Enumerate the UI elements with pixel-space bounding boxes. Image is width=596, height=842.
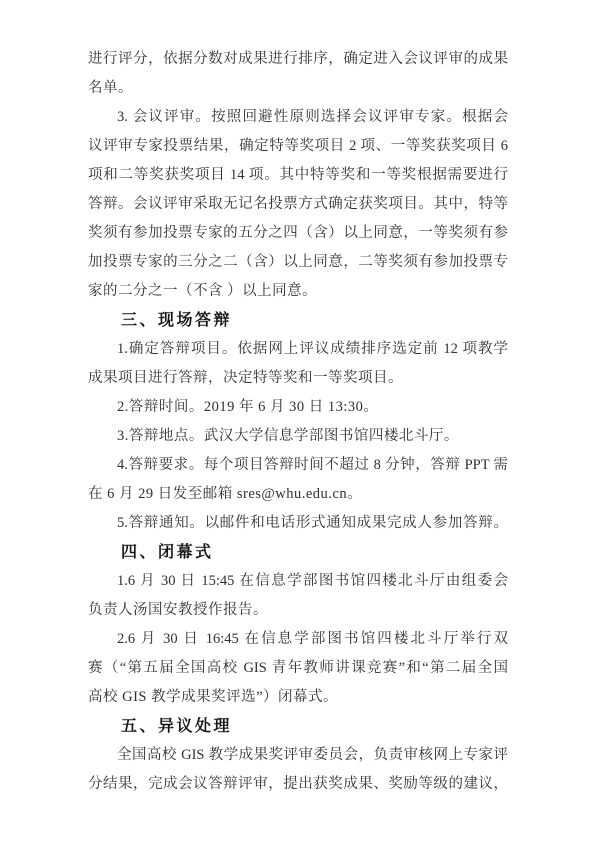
text-line: 赛（“第五届全国高校 GIS 青年教师讲课竞赛”和“第二届全国 (88, 654, 508, 683)
text-line: 奖须有参加投票专家的五分之四（含）以上同意，一等奖须有参 (88, 219, 508, 248)
paragraph: 进行评分，依据分数对成果进行排序，确定进入会议评审的成果名单。 (88, 45, 508, 103)
paragraph: 3. 会议评审。按照回避性原则选择会议评审专家。根据会议评审专家投票结果，确定特… (88, 103, 508, 306)
paragraph: 2.答辩时间。2019 年 6 月 30 日 13:30。 (88, 393, 508, 422)
document-body: 进行评分，依据分数对成果进行排序，确定进入会议评审的成果名单。3. 会议评审。按… (88, 45, 508, 799)
text-line: 名单。 (88, 74, 508, 103)
heading-text: 三、现场答辩 (88, 306, 508, 335)
section-heading: 五、异议处理 (88, 712, 508, 741)
text-line: 2.6 月 30 日 16:45 在信息学部图书馆四楼北斗厅举行双 (88, 625, 508, 654)
section-heading: 四、闭幕式 (88, 538, 508, 567)
text-line: 成果项目进行答辩，决定特等奖和一等奖项目。 (88, 364, 508, 393)
paragraph: 1.确定答辩项目。依据网上评议成绩排序选定前 12 项教学成果项目进行答辩，决定… (88, 335, 508, 393)
heading-text: 五、异议处理 (88, 712, 508, 741)
heading-text: 四、闭幕式 (88, 538, 508, 567)
section-heading: 三、现场答辩 (88, 306, 508, 335)
text-line: 分结果，完成会议答辩评审，提出获奖成果、奖励等级的建议， (88, 770, 508, 799)
text-line: 3. 会议评审。按照回避性原则选择会议评审专家。根据会 (88, 103, 508, 132)
paragraph: 3.答辩地点。武汉大学信息学部图书馆四楼北斗厅。 (88, 422, 508, 451)
text-line: 1.确定答辩项目。依据网上评议成绩排序选定前 12 项教学 (88, 335, 508, 364)
text-line: 进行评分，依据分数对成果进行排序，确定进入会议评审的成果 (88, 45, 508, 74)
document-page: 进行评分，依据分数对成果进行排序，确定进入会议评审的成果名单。3. 会议评审。按… (0, 0, 596, 842)
text-line: 在 6 月 29 日发至邮箱 sres@whu.edu.cn。 (88, 480, 508, 509)
paragraph: 4.答辩要求。每个项目答辩时间不超过 8 分钟，答辩 PPT 需在 6 月 29… (88, 451, 508, 509)
text-line: 1.6 月 30 日 15:45 在信息学部图书馆四楼北斗厅由组委会 (88, 567, 508, 596)
text-line: 4.答辩要求。每个项目答辩时间不超过 8 分钟，答辩 PPT 需 (88, 451, 508, 480)
paragraph: 1.6 月 30 日 15:45 在信息学部图书馆四楼北斗厅由组委会负责人汤国安… (88, 567, 508, 625)
paragraph: 2.6 月 30 日 16:45 在信息学部图书馆四楼北斗厅举行双赛（“第五届全… (88, 625, 508, 712)
text-line: 议评审专家投票结果，确定特等奖项目 2 项、一等奖获奖项目 6 (88, 132, 508, 161)
paragraph: 全国高校 GIS 教学成果奖评审委员会，负责审核网上专家评分结果，完成会议答辩评… (88, 741, 508, 799)
text-line: 5.答辩通知。以邮件和电话形式通知成果完成人参加答辩。 (88, 509, 508, 538)
text-line: 答辩。会议评审采取无记名投票方式确定获奖项目。其中，特等 (88, 190, 508, 219)
text-line: 家的二分之一（不含 ）以上同意。 (88, 277, 508, 306)
text-line: 项和二等奖获奖项目 14 项。其中特等奖和一等奖根据需要进行 (88, 161, 508, 190)
text-line: 负责人汤国安教授作报告。 (88, 596, 508, 625)
text-line: 高校 GIS 教学成果奖评选”）闭幕式。 (88, 683, 508, 712)
text-line: 加投票专家的三分之二（含）以上同意，二等奖须有参加投票专 (88, 248, 508, 277)
text-line: 全国高校 GIS 教学成果奖评审委员会，负责审核网上专家评 (88, 741, 508, 770)
text-line: 2.答辩时间。2019 年 6 月 30 日 13:30。 (88, 393, 508, 422)
text-line: 3.答辩地点。武汉大学信息学部图书馆四楼北斗厅。 (88, 422, 508, 451)
paragraph: 5.答辩通知。以邮件和电话形式通知成果完成人参加答辩。 (88, 509, 508, 538)
